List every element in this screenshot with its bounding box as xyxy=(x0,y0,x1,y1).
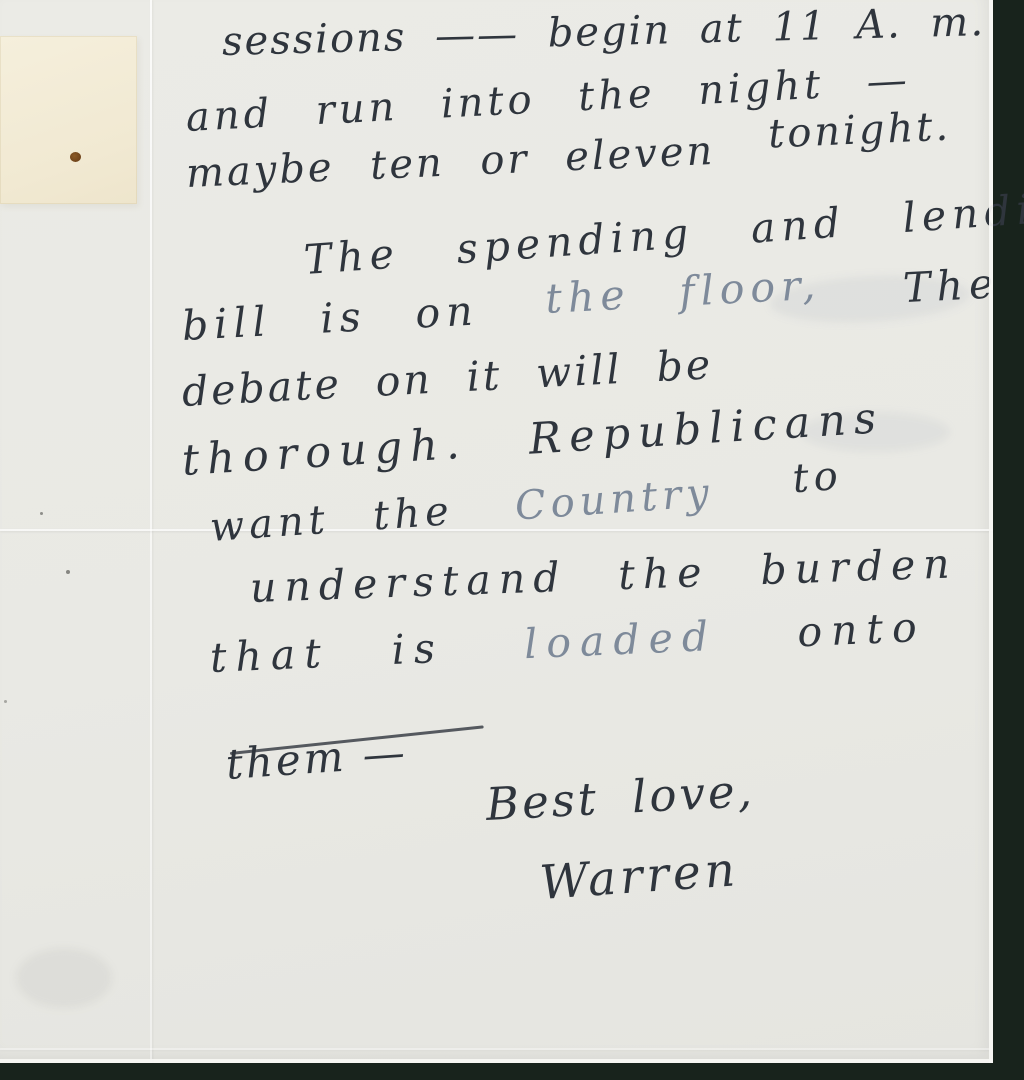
paper-bottom-edge xyxy=(0,1059,993,1063)
horizontal-fold-crease-bottom xyxy=(0,1048,993,1050)
handwriting-segment: to xyxy=(791,454,844,501)
handwriting-segment: understand the burden xyxy=(249,541,958,611)
paper-speck xyxy=(4,700,7,703)
tape-fragment xyxy=(0,36,137,204)
handwriting-segment: want the xyxy=(208,489,455,550)
handwriting-segment: The xyxy=(902,261,1000,311)
handwriting-line-5: bill is on the floor, The xyxy=(181,261,1000,349)
paper-speck xyxy=(40,512,43,515)
closing-line: Best love, xyxy=(485,766,756,830)
handwriting-line-10: that is loaded onto xyxy=(209,605,927,681)
handwriting-line-6: debate on it will be xyxy=(181,342,714,415)
vertical-fold-crease xyxy=(150,0,152,1063)
handwriting-segment: debate on it will be xyxy=(181,342,714,415)
inserted-word-country: Country xyxy=(514,471,716,529)
letter-paper: sessions —— begin at 11 A. m. and run in… xyxy=(0,0,993,1063)
ink-bleed-smudge xyxy=(16,948,112,1008)
handwriting-line-11: them — xyxy=(224,729,409,788)
paper-right-edge xyxy=(989,0,993,1063)
signature-line: Warren xyxy=(538,844,740,909)
signature: Warren xyxy=(538,844,740,909)
handwriting-segment: onto xyxy=(796,605,926,656)
handwriting-line-1: sessions —— begin at 11 A. m. xyxy=(221,0,985,64)
inserted-word-loaded: loaded xyxy=(523,614,718,667)
handwriting-line-9: understand the burden xyxy=(249,541,958,611)
paper-speck xyxy=(66,570,70,574)
word-tonight: tonight. xyxy=(767,105,952,157)
closing-text: Best love, xyxy=(485,766,756,830)
inserted-word-the-floor: the floor, xyxy=(544,263,822,322)
handwriting-segment: them — xyxy=(224,729,409,788)
handwriting-segment: bill is on xyxy=(181,288,480,349)
handwriting-segment: maybe ten or eleven xyxy=(185,129,716,196)
stain-dot xyxy=(70,152,81,162)
handwriting-segment: sessions —— begin at 11 A. m. xyxy=(221,0,985,64)
handwriting-segment: that is xyxy=(209,626,445,681)
scanned-letter-scene: sessions —— begin at 11 A. m. and run in… xyxy=(0,0,1024,1080)
